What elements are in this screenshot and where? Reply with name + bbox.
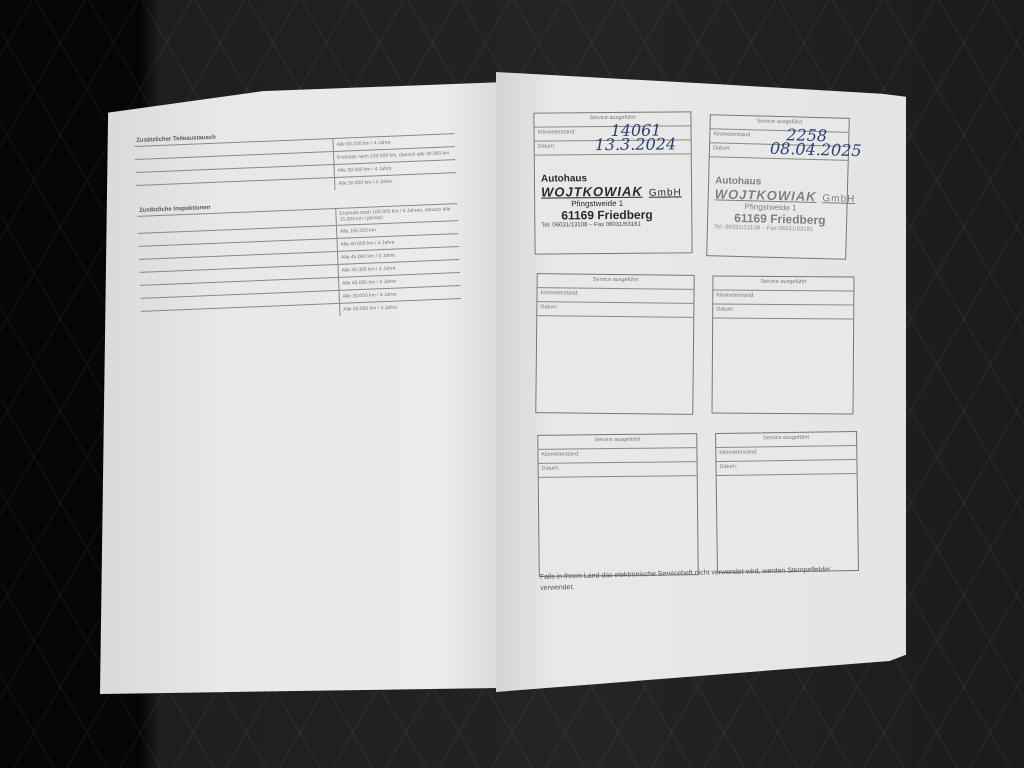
service-entry-box: Service ausgeführtKilometerstand:Datum:2…: [706, 114, 850, 260]
service-entry-box: Service ausgeführtKilometerstand:Datum:: [535, 273, 694, 415]
stamp-city: 61169 Friedberg: [561, 207, 682, 222]
mileage-label: Kilometerstand:: [713, 291, 853, 306]
service-entry-box: Service ausgeführtKilometerstand:Datum:1…: [533, 111, 692, 254]
handwritten-date: 08.04.2025: [770, 139, 862, 160]
stamp-contact: Tel. 06031/13108 – Fax 06031/63181: [541, 221, 682, 228]
dealer-stamp: AutohausWOJTKOWIAKGmbHPfingstweide 16116…: [541, 172, 682, 228]
parts-replacement-table: Alle 60.000 km / 4 JahreErstmals nach 15…: [135, 133, 457, 198]
inspections-table: Erstmals nach 105.000 km / 6 Jahren, dan…: [137, 203, 461, 324]
booklet-right-page: Service ausgeführtKilometerstand:Datum:1…: [496, 72, 906, 692]
date-label: Datum:: [713, 305, 853, 320]
booklet-left-page: Zusätzlicher Teileaustausch Alle 60.000 …: [100, 82, 506, 694]
maintenance-interval-table: Zusätzlicher Teileaustausch Alle 60.000 …: [134, 119, 461, 324]
box-header: Service ausgeführt: [713, 277, 853, 292]
date-label: Datum:: [716, 460, 856, 476]
service-entry-box: Service ausgeführtKilometerstand:Datum:: [715, 431, 859, 573]
handwritten-date: 13.3.2024: [595, 134, 677, 154]
date-label: Datum:: [539, 462, 697, 478]
service-entry-box: Service ausgeführtKilometerstand:Datum:: [537, 433, 698, 577]
dealer-stamp: AutohausWOJTKOWIAKGmbHPfingstweide 16116…: [714, 175, 856, 234]
service-entry-box: Service ausgeführtKilometerstand:Datum:: [712, 276, 855, 415]
date-label: Datum:: [537, 302, 693, 318]
stamp-dealer-name: WOJTKOWIAKGmbH: [541, 183, 682, 199]
